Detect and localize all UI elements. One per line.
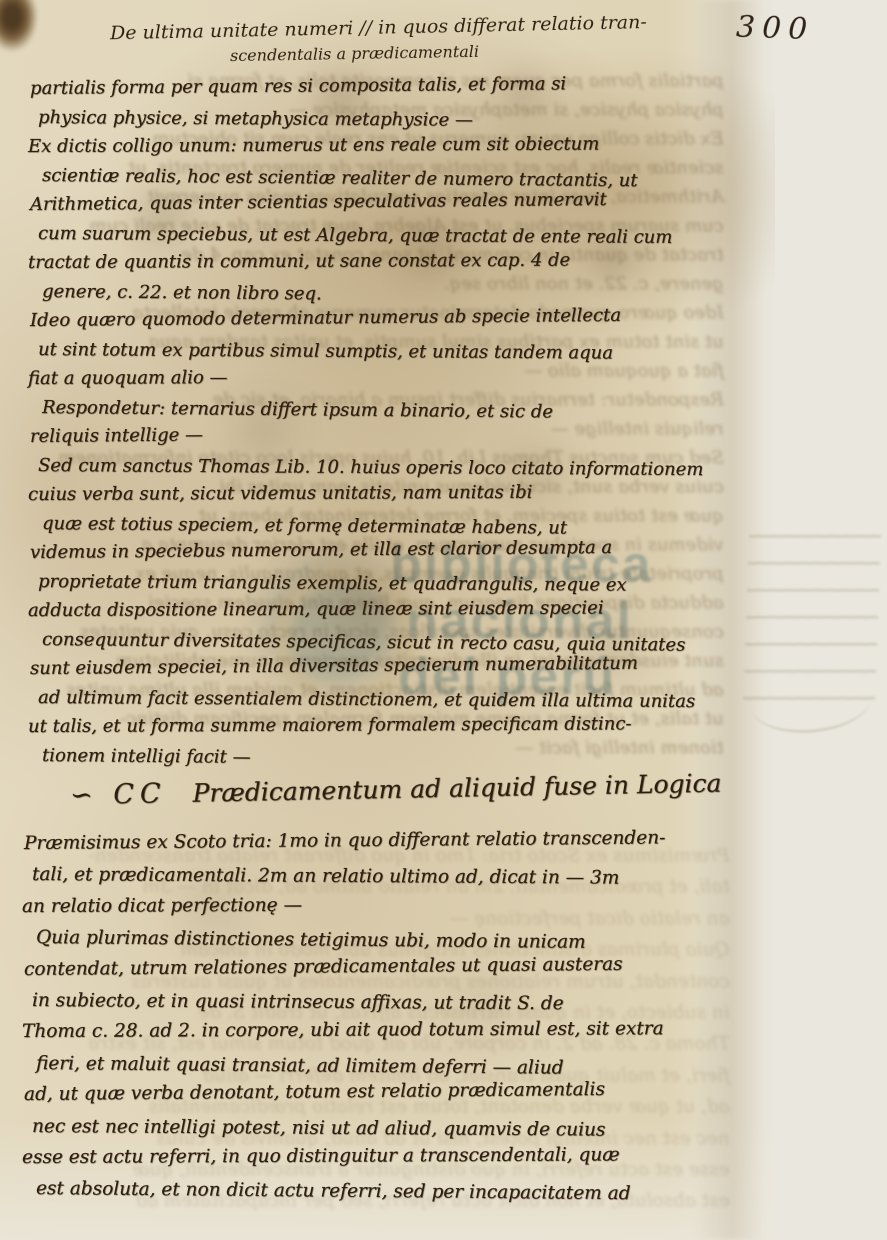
manuscript-line: videmus in speciebus numerorum, et illa …	[30, 532, 728, 567]
manuscript-line: Arithmetica, quas inter scientias specul…	[30, 184, 728, 219]
manuscript-line: ut talis, et ut forma summe maiorem form…	[28, 709, 728, 741]
folio-number: 300	[735, 10, 856, 49]
page-header: De ultima unitate numeri // in quos diff…	[110, 16, 710, 61]
manuscript-line: fiat a quoquam alio —	[28, 361, 728, 393]
body-block-upper: partialis forma per quam res si composit…	[28, 74, 728, 770]
manuscript-line: an relatio dicat perfectionę —	[22, 888, 732, 923]
body-block-lower: Præmisimus ex Scoto tria: 1mo in quo dif…	[22, 828, 732, 1205]
manuscript-line: Præmisimus ex Scoto tria: 1mo in quo dif…	[24, 822, 732, 860]
heading-flourish: ∽ CC	[70, 778, 167, 811]
manuscript-line: Thoma c. 28. ad 2. in corpore, ubi ait q…	[22, 1013, 732, 1048]
manuscript-line: est absoluta, et non dicit actu referri,…	[36, 1173, 732, 1210]
manuscript-line: esse est actu referri, in quo distinguit…	[22, 1139, 732, 1174]
manuscript-line: partialis forma per quam res si composit…	[30, 68, 728, 103]
manuscript-line: Ideo quæro quomodo determinatur numerus …	[30, 300, 728, 335]
manuscript-line: sunt eiusdem speciei, in illa diversitas…	[30, 648, 728, 683]
manuscript-line: tractat de quantis in communi, ut sane c…	[28, 245, 728, 277]
manuscript-line: contendat, utrum relationes prædicamenta…	[24, 947, 732, 985]
manuscript-line: Ex dictis colligo unum: numerus ut ens r…	[28, 129, 728, 161]
manuscript-line: adducta dispositione linearum, quæ lineæ…	[28, 593, 728, 625]
manuscript-line: reliquis intellige —	[30, 416, 728, 451]
manuscript-line: cuius verba sunt, sicut videmus unitatis…	[28, 477, 728, 509]
manuscript-line: ad, ut quæ verba denotant, totum est rel…	[24, 1073, 732, 1111]
manuscript-photo: partialis forma per quam res si composit…	[0, 0, 887, 1240]
